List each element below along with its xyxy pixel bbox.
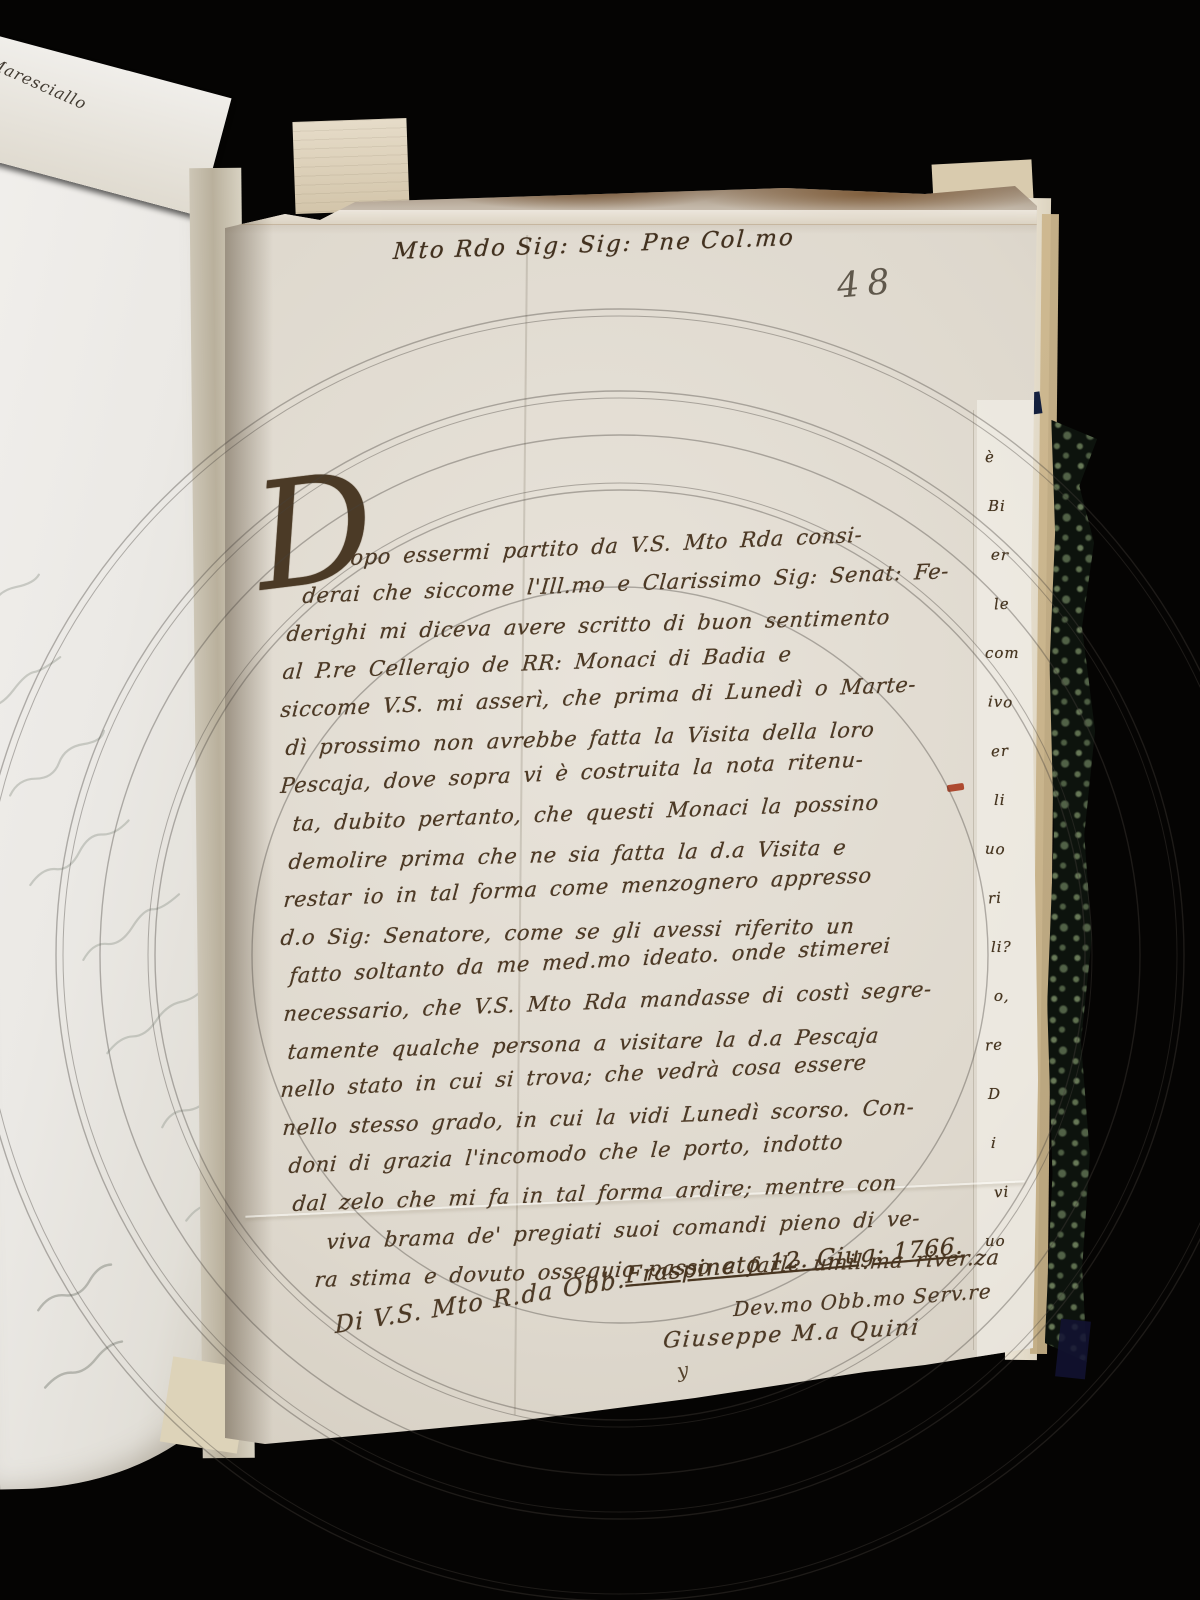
edge-fragment: uo [985, 839, 1007, 858]
edge-fragment: i [991, 1134, 998, 1152]
manuscript-photo: Maresciallo 48 Mto Rdo Sig: Sig: Pne Col… [0, 0, 1200, 1600]
edge-fragment: D [988, 1085, 1001, 1103]
edge-fragment: le [994, 595, 1011, 614]
edge-fragment: er [991, 546, 1010, 565]
edge-fragment: li [994, 791, 1006, 809]
edge-note: Maresciallo [0, 53, 90, 113]
gutter-shadow [225, 180, 273, 1450]
edge-fragment: vi [994, 1183, 1010, 1202]
signature-flourish: y [675, 1357, 690, 1383]
edge-fragment: re [985, 1036, 1004, 1055]
folio-number: 48 [835, 261, 899, 306]
edge-fragment: è [985, 448, 996, 466]
edge-fragment: li? [991, 938, 1012, 956]
letter-body: opo essermi partito da V.S. Mto Rda cons… [280, 546, 980, 1306]
edge-fragment: er [991, 742, 1010, 761]
edge-fragment: com [985, 644, 1020, 662]
edge-fragment: ivo [988, 692, 1014, 711]
edge-fragment: o, [994, 987, 1011, 1006]
edge-fragment: uo [985, 1232, 1006, 1250]
next-leaf-margin [977, 400, 1039, 1360]
signature: Giuseppe M.a Quini [662, 1315, 921, 1354]
upper-leaf-edge [225, 210, 1040, 225]
main-page: 48 Mto Rdo Sig: Sig: Pne Col.mo D opo es… [225, 180, 1040, 1450]
protruding-paper-tab [292, 118, 409, 214]
edge-fragment: Bi [988, 497, 1006, 515]
cover-navy-patch [1055, 1319, 1091, 1380]
edge-fragment: ri [988, 889, 1003, 908]
